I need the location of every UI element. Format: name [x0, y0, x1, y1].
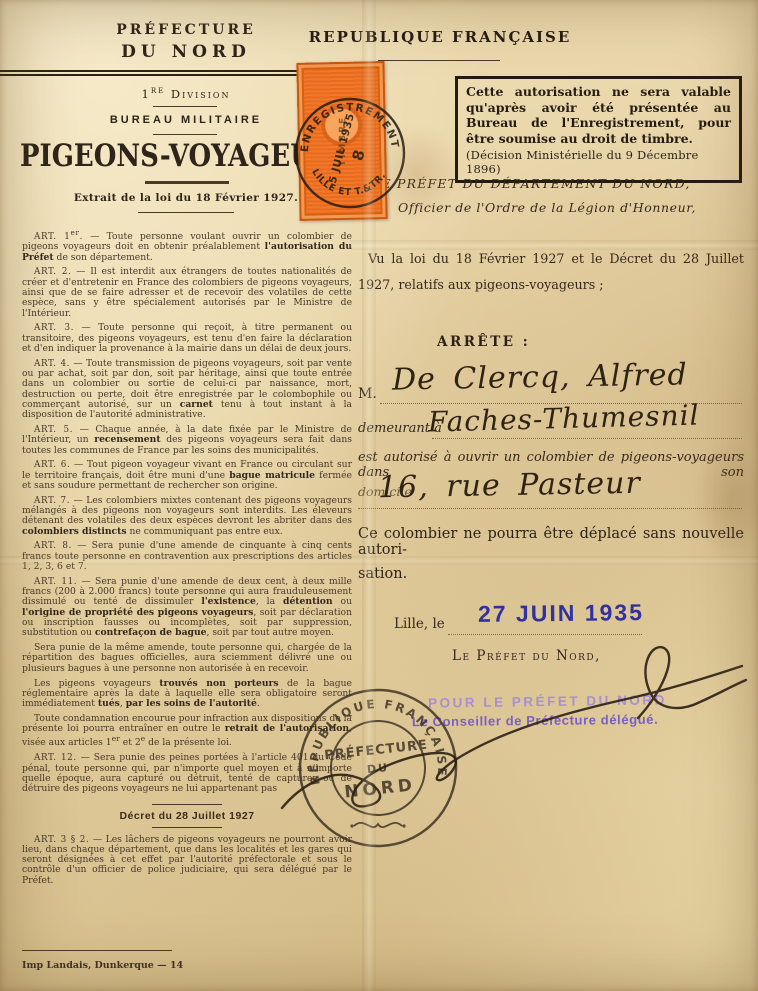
name-field-label: M.	[358, 386, 377, 402]
prefet-honors-line: Officier de l'Ordre de la Légion d'Honne…	[398, 200, 696, 215]
registration-notice-text: Cette autorisation ne sera valable qu'ap…	[466, 84, 731, 146]
signature-stroke	[270, 618, 758, 818]
divider-rule	[153, 106, 217, 107]
law-article: ART. 5. — Chaque année, à la date fixée …	[22, 425, 352, 456]
law-article: ART. 2. — Il est interdit aux étrangers …	[22, 267, 352, 318]
address-field-value: 16, rue Pasteur	[378, 466, 641, 506]
divider-rule	[153, 134, 217, 135]
relocation-clause-line1: Ce colombier ne pourra être déplacé sans…	[358, 526, 744, 558]
legal-reference-paragraph: Vu la loi du 18 Février 1927 et le Décre…	[358, 246, 744, 298]
imprint-rule	[22, 950, 172, 951]
law-article: ART. 8. — Sera punie d'une amende de cin…	[22, 541, 352, 572]
printer-imprint: Imp Landais, Dunkerque — 14	[22, 950, 352, 971]
law-article: ART. 1er. — Toute personne voulant ouvri…	[22, 228, 352, 263]
law-article: ART. 7. — Les colombiers mixtes contenan…	[22, 496, 352, 537]
registration-notice-source: (Décision Ministérielle du 9 Décembre 18…	[466, 148, 731, 176]
seal-ornament	[354, 823, 402, 827]
arrete-heading: ARRÊTE :	[437, 334, 530, 350]
divider-rule	[378, 60, 500, 61]
svg-text:LILLE ET T.&TR.: LILLE ET T.&TR.	[309, 167, 388, 198]
name-field-value: De Clercq, Alfred	[392, 357, 688, 397]
republique-francaise-heading: REPUBLIQUE FRANÇAISE	[300, 28, 580, 46]
relocation-clause-line2: sation.	[358, 566, 407, 582]
prefet-title-line: LE PRÉFET DU DÉPARTEMENT DU NORD,	[372, 176, 691, 191]
law-article: ART. 3. — Toute personne qui reçoit, à t…	[22, 323, 352, 354]
svg-text:8: 8	[349, 148, 369, 163]
scanned-document: PRÉFECTURE DU NORD 1re Division BUREAU M…	[0, 0, 758, 991]
divider-rule	[145, 181, 229, 184]
law-article: ART. 4. — Toute transmission de pigeons …	[22, 359, 352, 421]
registration-notice-box: Cette autorisation ne sera valable qu'ap…	[455, 76, 742, 183]
divider-rule	[138, 212, 234, 213]
imprint-text: Imp Landais, Dunkerque — 14	[22, 960, 352, 971]
registration-postmark: ENREGISTREMENT LILLE ET T.&TR. -5 JUIL 1…	[283, 86, 417, 220]
law-article: ART. 6. — Tout pigeon voyageur vivant en…	[22, 460, 352, 491]
